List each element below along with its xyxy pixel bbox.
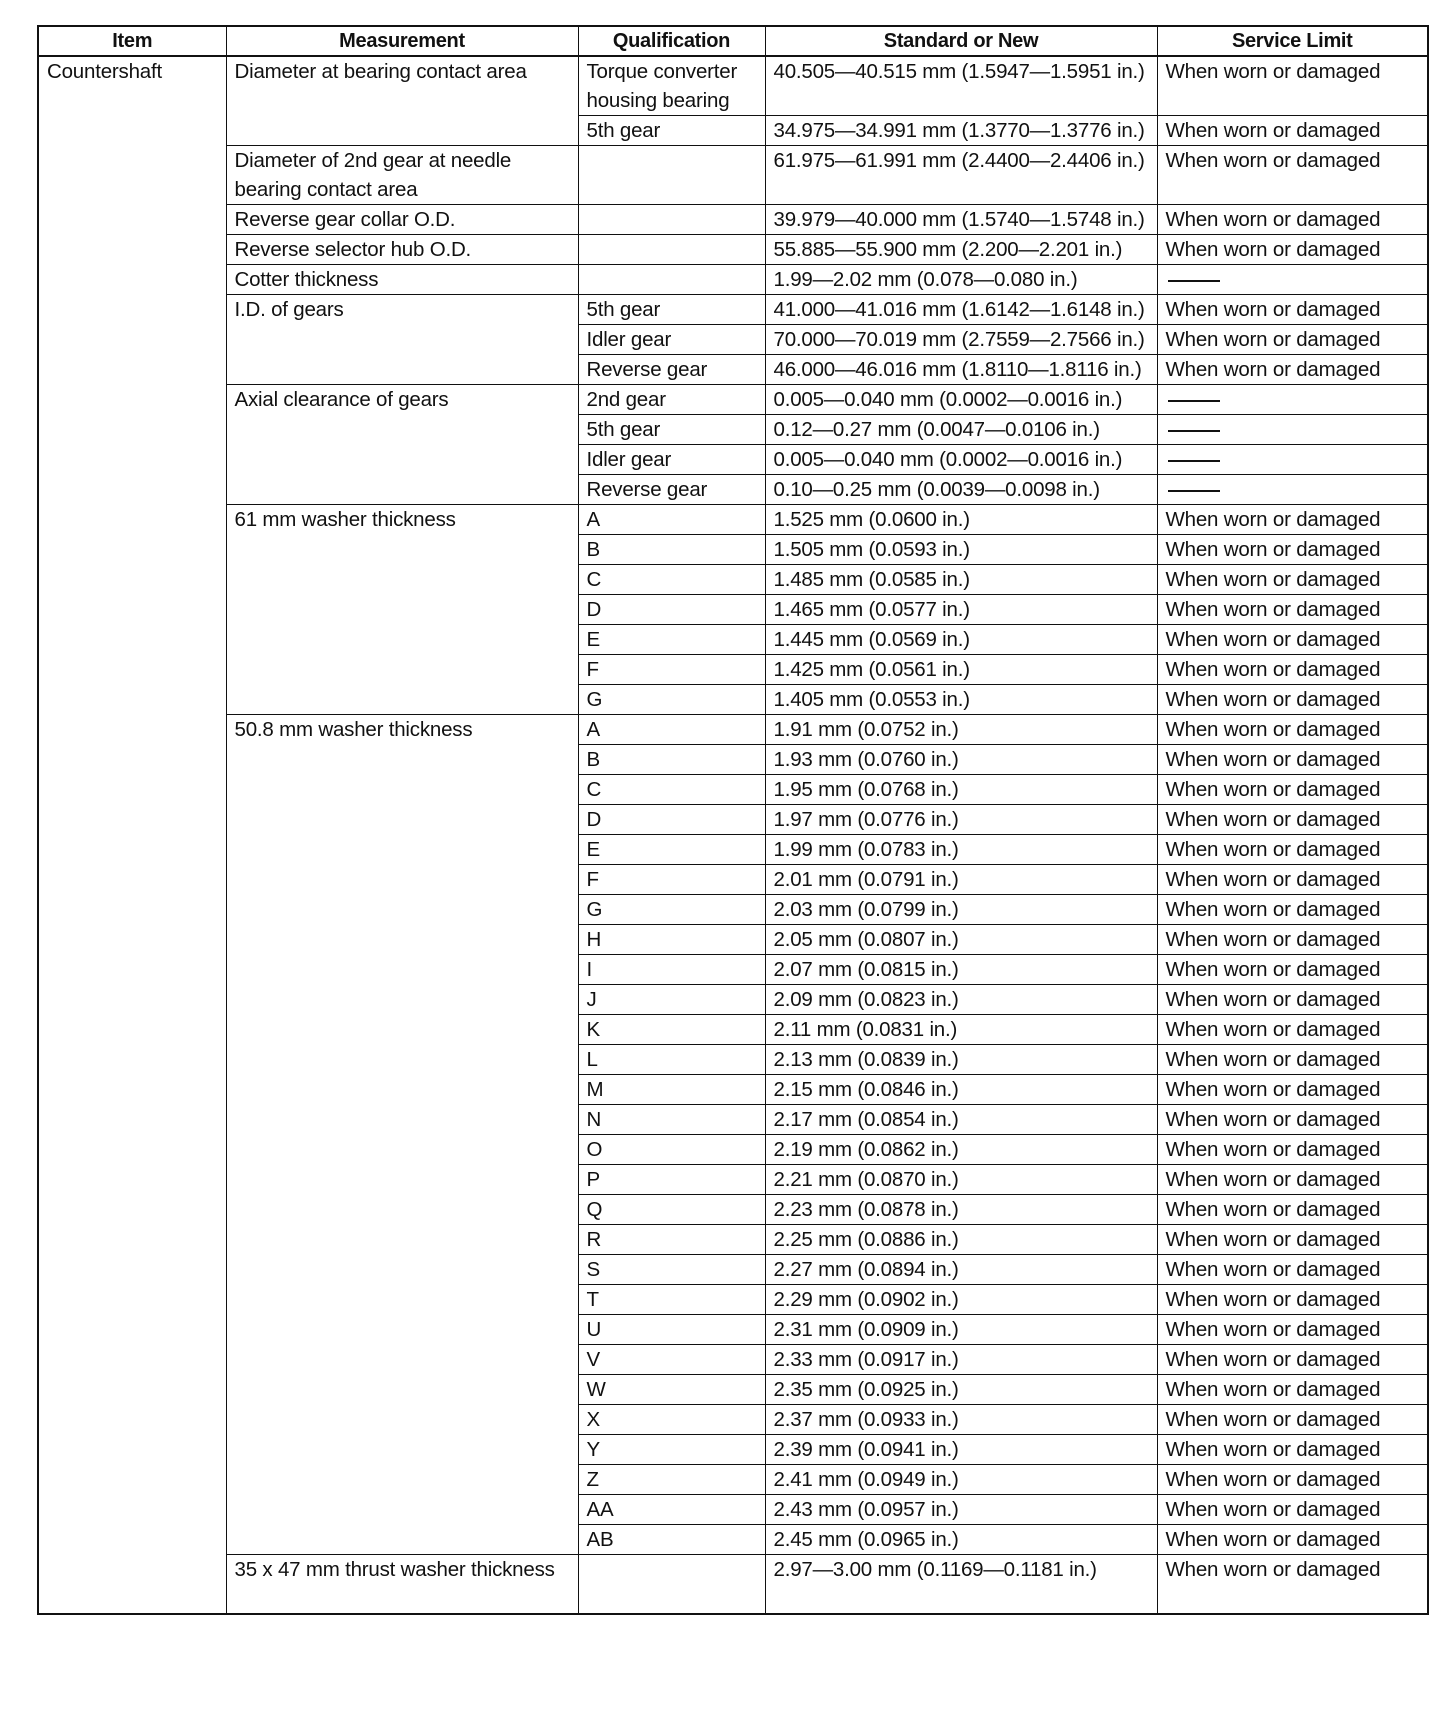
qualification-cell: N <box>578 1105 765 1135</box>
service-limit-cell: When worn or damaged <box>1157 865 1428 895</box>
qualification-cell: Idler gear <box>578 445 765 475</box>
service-limit-cell: When worn or damaged <box>1157 925 1428 955</box>
standard-value-cell: 1.91 mm (0.0752 in.) <box>765 715 1157 745</box>
standard-value-cell: 2.17 mm (0.0854 in.) <box>765 1105 1157 1135</box>
service-limit-cell: When worn or damaged <box>1157 205 1428 235</box>
service-limit-cell: When worn or damaged <box>1157 1345 1428 1375</box>
service-limit-cell: When worn or damaged <box>1157 235 1428 265</box>
standard-value-cell: 2.35 mm (0.0925 in.) <box>765 1375 1157 1405</box>
standard-value-cell: 61.975—61.991 mm (2.4400—2.4406 in.) <box>765 146 1157 205</box>
service-limit-cell: When worn or damaged <box>1157 655 1428 685</box>
standard-value-cell: 2.43 mm (0.0957 in.) <box>765 1495 1157 1525</box>
standard-value-cell: 0.005—0.040 mm (0.0002—0.0016 in.) <box>765 385 1157 415</box>
qualification-cell: F <box>578 865 765 895</box>
service-limit-cell: When worn or damaged <box>1157 685 1428 715</box>
service-limit-cell: When worn or damaged <box>1157 505 1428 535</box>
standard-value-cell: 2.97—3.00 mm (0.1169—0.1181 in.) <box>765 1555 1157 1615</box>
measurement-cell: Reverse selector hub O.D. <box>226 235 578 265</box>
service-limit-cell <box>1157 445 1428 475</box>
service-limit-cell <box>1157 385 1428 415</box>
service-limit-cell: When worn or damaged <box>1157 1195 1428 1225</box>
service-limit-cell: When worn or damaged <box>1157 1045 1428 1075</box>
qualification-cell: G <box>578 685 765 715</box>
qualification-cell: M <box>578 1075 765 1105</box>
measurement-cell: 35 x 47 mm thrust washer thickness <box>226 1555 578 1615</box>
standard-value-cell: 2.11 mm (0.0831 in.) <box>765 1015 1157 1045</box>
standard-value-cell: 46.000—46.016 mm (1.8110—1.8116 in.) <box>765 355 1157 385</box>
service-limit-cell: When worn or damaged <box>1157 1255 1428 1285</box>
measurement-cell: Axial clearance of gears <box>226 385 578 505</box>
standard-value-cell: 2.01 mm (0.0791 in.) <box>765 865 1157 895</box>
qualification-cell: Z <box>578 1465 765 1495</box>
table-row: Diameter of 2nd gear at needle bearing c… <box>38 146 1428 205</box>
qualification-cell: J <box>578 985 765 1015</box>
qualification-cell: D <box>578 805 765 835</box>
qualification-cell: W <box>578 1375 765 1405</box>
service-limit-cell: When worn or damaged <box>1157 1075 1428 1105</box>
service-limit-cell: When worn or damaged <box>1157 325 1428 355</box>
qualification-cell <box>578 265 765 295</box>
standard-value-cell: 70.000—70.019 mm (2.7559—2.7566 in.) <box>765 325 1157 355</box>
qualification-cell: Torque converter housing bearing <box>578 56 765 116</box>
qualification-cell: L <box>578 1045 765 1075</box>
measurement-cell: I.D. of gears <box>226 295 578 385</box>
table-row: CountershaftDiameter at bearing contact … <box>38 56 1428 116</box>
qualification-cell <box>578 1555 765 1615</box>
service-limit-cell: When worn or damaged <box>1157 565 1428 595</box>
service-limit-cell: When worn or damaged <box>1157 1285 1428 1315</box>
header-item: Item <box>38 26 226 56</box>
qualification-cell: K <box>578 1015 765 1045</box>
qualification-cell: I <box>578 955 765 985</box>
qualification-cell <box>578 146 765 205</box>
qualification-cell: X <box>578 1405 765 1435</box>
standard-value-cell: 2.31 mm (0.0909 in.) <box>765 1315 1157 1345</box>
standard-value-cell: 0.005—0.040 mm (0.0002—0.0016 in.) <box>765 445 1157 475</box>
standard-value-cell: 1.445 mm (0.0569 in.) <box>765 625 1157 655</box>
qualification-cell: 5th gear <box>578 295 765 325</box>
standard-value-cell: 0.12—0.27 mm (0.0047—0.0106 in.) <box>765 415 1157 445</box>
standard-value-cell: 1.485 mm (0.0585 in.) <box>765 565 1157 595</box>
standard-value-cell: 1.505 mm (0.0593 in.) <box>765 535 1157 565</box>
qualification-cell: A <box>578 715 765 745</box>
header-standard: Standard or New <box>765 26 1157 56</box>
qualification-cell: R <box>578 1225 765 1255</box>
header-row: Item Measurement Qualification Standard … <box>38 26 1428 56</box>
service-limit-cell: When worn or damaged <box>1157 1555 1428 1615</box>
table-row: Cotter thickness1.99—2.02 mm (0.078—0.08… <box>38 265 1428 295</box>
item-cell: Countershaft <box>38 56 226 1614</box>
service-limit-cell: When worn or damaged <box>1157 1315 1428 1345</box>
service-limit-cell: When worn or damaged <box>1157 1435 1428 1465</box>
service-limit-cell: When worn or damaged <box>1157 295 1428 325</box>
header-measurement: Measurement <box>226 26 578 56</box>
standard-value-cell: 41.000—41.016 mm (1.6142—1.6148 in.) <box>765 295 1157 325</box>
qualification-cell: 2nd gear <box>578 385 765 415</box>
standard-value-cell: 2.05 mm (0.0807 in.) <box>765 925 1157 955</box>
service-limit-cell: When worn or damaged <box>1157 1015 1428 1045</box>
qualification-cell: B <box>578 745 765 775</box>
service-limit-cell: When worn or damaged <box>1157 1495 1428 1525</box>
service-limit-cell: When worn or damaged <box>1157 625 1428 655</box>
service-limit-cell: When worn or damaged <box>1157 595 1428 625</box>
qualification-cell: T <box>578 1285 765 1315</box>
standard-value-cell: 1.97 mm (0.0776 in.) <box>765 805 1157 835</box>
service-limit-cell: When worn or damaged <box>1157 745 1428 775</box>
service-limit-cell: When worn or damaged <box>1157 1405 1428 1435</box>
dash-line-icon <box>1168 460 1220 462</box>
standard-value-cell: 2.25 mm (0.0886 in.) <box>765 1225 1157 1255</box>
service-limit-cell: When worn or damaged <box>1157 1225 1428 1255</box>
service-limit-cell <box>1157 475 1428 505</box>
qualification-cell: G <box>578 895 765 925</box>
service-limit-cell: When worn or damaged <box>1157 775 1428 805</box>
standard-value-cell: 1.425 mm (0.0561 in.) <box>765 655 1157 685</box>
standard-value-cell: 34.975—34.991 mm (1.3770—1.3776 in.) <box>765 116 1157 146</box>
service-limit-cell: When worn or damaged <box>1157 1525 1428 1555</box>
qualification-cell: B <box>578 535 765 565</box>
qualification-cell: 5th gear <box>578 415 765 445</box>
qualification-cell: AA <box>578 1495 765 1525</box>
standard-value-cell: 2.13 mm (0.0839 in.) <box>765 1045 1157 1075</box>
service-limit-cell: When worn or damaged <box>1157 535 1428 565</box>
measurement-cell: Diameter at bearing contact area <box>226 56 578 146</box>
service-limit-cell: When worn or damaged <box>1157 895 1428 925</box>
measurement-cell: Diameter of 2nd gear at needle bearing c… <box>226 146 578 205</box>
service-limit-cell: When worn or damaged <box>1157 1465 1428 1495</box>
standard-value-cell: 2.21 mm (0.0870 in.) <box>765 1165 1157 1195</box>
qualification-cell: F <box>578 655 765 685</box>
standard-value-cell: 2.03 mm (0.0799 in.) <box>765 895 1157 925</box>
qualification-cell: U <box>578 1315 765 1345</box>
measurement-cell: Reverse gear collar O.D. <box>226 205 578 235</box>
qualification-cell: Q <box>578 1195 765 1225</box>
service-limit-cell: When worn or damaged <box>1157 955 1428 985</box>
table-row: Reverse gear collar O.D.39.979—40.000 mm… <box>38 205 1428 235</box>
standard-value-cell: 2.19 mm (0.0862 in.) <box>765 1135 1157 1165</box>
qualification-cell: D <box>578 595 765 625</box>
service-limit-cell: When worn or damaged <box>1157 355 1428 385</box>
standard-value-cell: 2.41 mm (0.0949 in.) <box>765 1465 1157 1495</box>
qualification-cell: E <box>578 835 765 865</box>
qualification-cell <box>578 235 765 265</box>
qualification-cell: Reverse gear <box>578 355 765 385</box>
service-limit-cell: When worn or damaged <box>1157 146 1428 205</box>
service-limit-cell <box>1157 415 1428 445</box>
standard-value-cell: 2.23 mm (0.0878 in.) <box>765 1195 1157 1225</box>
qualification-cell: E <box>578 625 765 655</box>
standard-value-cell: 1.465 mm (0.0577 in.) <box>765 595 1157 625</box>
standard-value-cell: 1.93 mm (0.0760 in.) <box>765 745 1157 775</box>
service-limit-cell: When worn or damaged <box>1157 116 1428 146</box>
qualification-cell: Y <box>578 1435 765 1465</box>
standard-value-cell: 1.405 mm (0.0553 in.) <box>765 685 1157 715</box>
qualification-cell: Reverse gear <box>578 475 765 505</box>
header-service-limit: Service Limit <box>1157 26 1428 56</box>
service-limit-cell: When worn or damaged <box>1157 985 1428 1015</box>
qualification-cell: AB <box>578 1525 765 1555</box>
standard-value-cell: 2.07 mm (0.0815 in.) <box>765 955 1157 985</box>
qualification-cell: H <box>578 925 765 955</box>
standard-value-cell: 40.505—40.515 mm (1.5947—1.5951 in.) <box>765 56 1157 116</box>
standard-value-cell: 2.37 mm (0.0933 in.) <box>765 1405 1157 1435</box>
service-limit-cell: When worn or damaged <box>1157 835 1428 865</box>
table-row: 61 mm washer thicknessA1.525 mm (0.0600 … <box>38 505 1428 535</box>
dash-line-icon <box>1168 280 1220 282</box>
service-limit-cell: When worn or damaged <box>1157 1165 1428 1195</box>
qualification-cell: S <box>578 1255 765 1285</box>
table-row: I.D. of gears5th gear41.000—41.016 mm (1… <box>38 295 1428 325</box>
service-limit-cell: When worn or damaged <box>1157 56 1428 116</box>
service-limit-cell: When worn or damaged <box>1157 715 1428 745</box>
standard-value-cell: 55.885—55.900 mm (2.200—2.201 in.) <box>765 235 1157 265</box>
service-limit-cell <box>1157 265 1428 295</box>
qualification-cell: C <box>578 775 765 805</box>
table-row: 50.8 mm washer thicknessA1.91 mm (0.0752… <box>38 715 1428 745</box>
standard-value-cell: 1.525 mm (0.0600 in.) <box>765 505 1157 535</box>
qualification-cell: O <box>578 1135 765 1165</box>
standard-value-cell: 1.95 mm (0.0768 in.) <box>765 775 1157 805</box>
standard-value-cell: 2.29 mm (0.0902 in.) <box>765 1285 1157 1315</box>
standard-value-cell: 2.39 mm (0.0941 in.) <box>765 1435 1157 1465</box>
service-limit-cell: When worn or damaged <box>1157 1375 1428 1405</box>
qualification-cell: A <box>578 505 765 535</box>
measurement-cell: 50.8 mm washer thickness <box>226 715 578 1555</box>
table-row: 35 x 47 mm thrust washer thickness2.97—3… <box>38 1555 1428 1615</box>
dash-line-icon <box>1168 490 1220 492</box>
measurement-cell: 61 mm washer thickness <box>226 505 578 715</box>
qualification-cell: C <box>578 565 765 595</box>
table-row: Reverse selector hub O.D.55.885—55.900 m… <box>38 235 1428 265</box>
standard-value-cell: 0.10—0.25 mm (0.0039—0.0098 in.) <box>765 475 1157 505</box>
table-body: CountershaftDiameter at bearing contact … <box>38 56 1428 1614</box>
standard-value-cell: 2.45 mm (0.0965 in.) <box>765 1525 1157 1555</box>
standard-value-cell: 2.27 mm (0.0894 in.) <box>765 1255 1157 1285</box>
specification-table: Item Measurement Qualification Standard … <box>37 25 1429 1615</box>
qualification-cell: P <box>578 1165 765 1195</box>
standard-value-cell: 2.09 mm (0.0823 in.) <box>765 985 1157 1015</box>
service-limit-cell: When worn or damaged <box>1157 1105 1428 1135</box>
header-qualification: Qualification <box>578 26 765 56</box>
measurement-cell: Cotter thickness <box>226 265 578 295</box>
service-limit-cell: When worn or damaged <box>1157 1135 1428 1165</box>
qualification-cell <box>578 205 765 235</box>
standard-value-cell: 1.99 mm (0.0783 in.) <box>765 835 1157 865</box>
qualification-cell: V <box>578 1345 765 1375</box>
standard-value-cell: 2.15 mm (0.0846 in.) <box>765 1075 1157 1105</box>
dash-line-icon <box>1168 400 1220 402</box>
standard-value-cell: 1.99—2.02 mm (0.078—0.080 in.) <box>765 265 1157 295</box>
standard-value-cell: 39.979—40.000 mm (1.5740—1.5748 in.) <box>765 205 1157 235</box>
standard-value-cell: 2.33 mm (0.0917 in.) <box>765 1345 1157 1375</box>
table-row: Axial clearance of gears2nd gear0.005—0.… <box>38 385 1428 415</box>
dash-line-icon <box>1168 430 1220 432</box>
qualification-cell: Idler gear <box>578 325 765 355</box>
qualification-cell: 5th gear <box>578 116 765 146</box>
service-limit-cell: When worn or damaged <box>1157 805 1428 835</box>
